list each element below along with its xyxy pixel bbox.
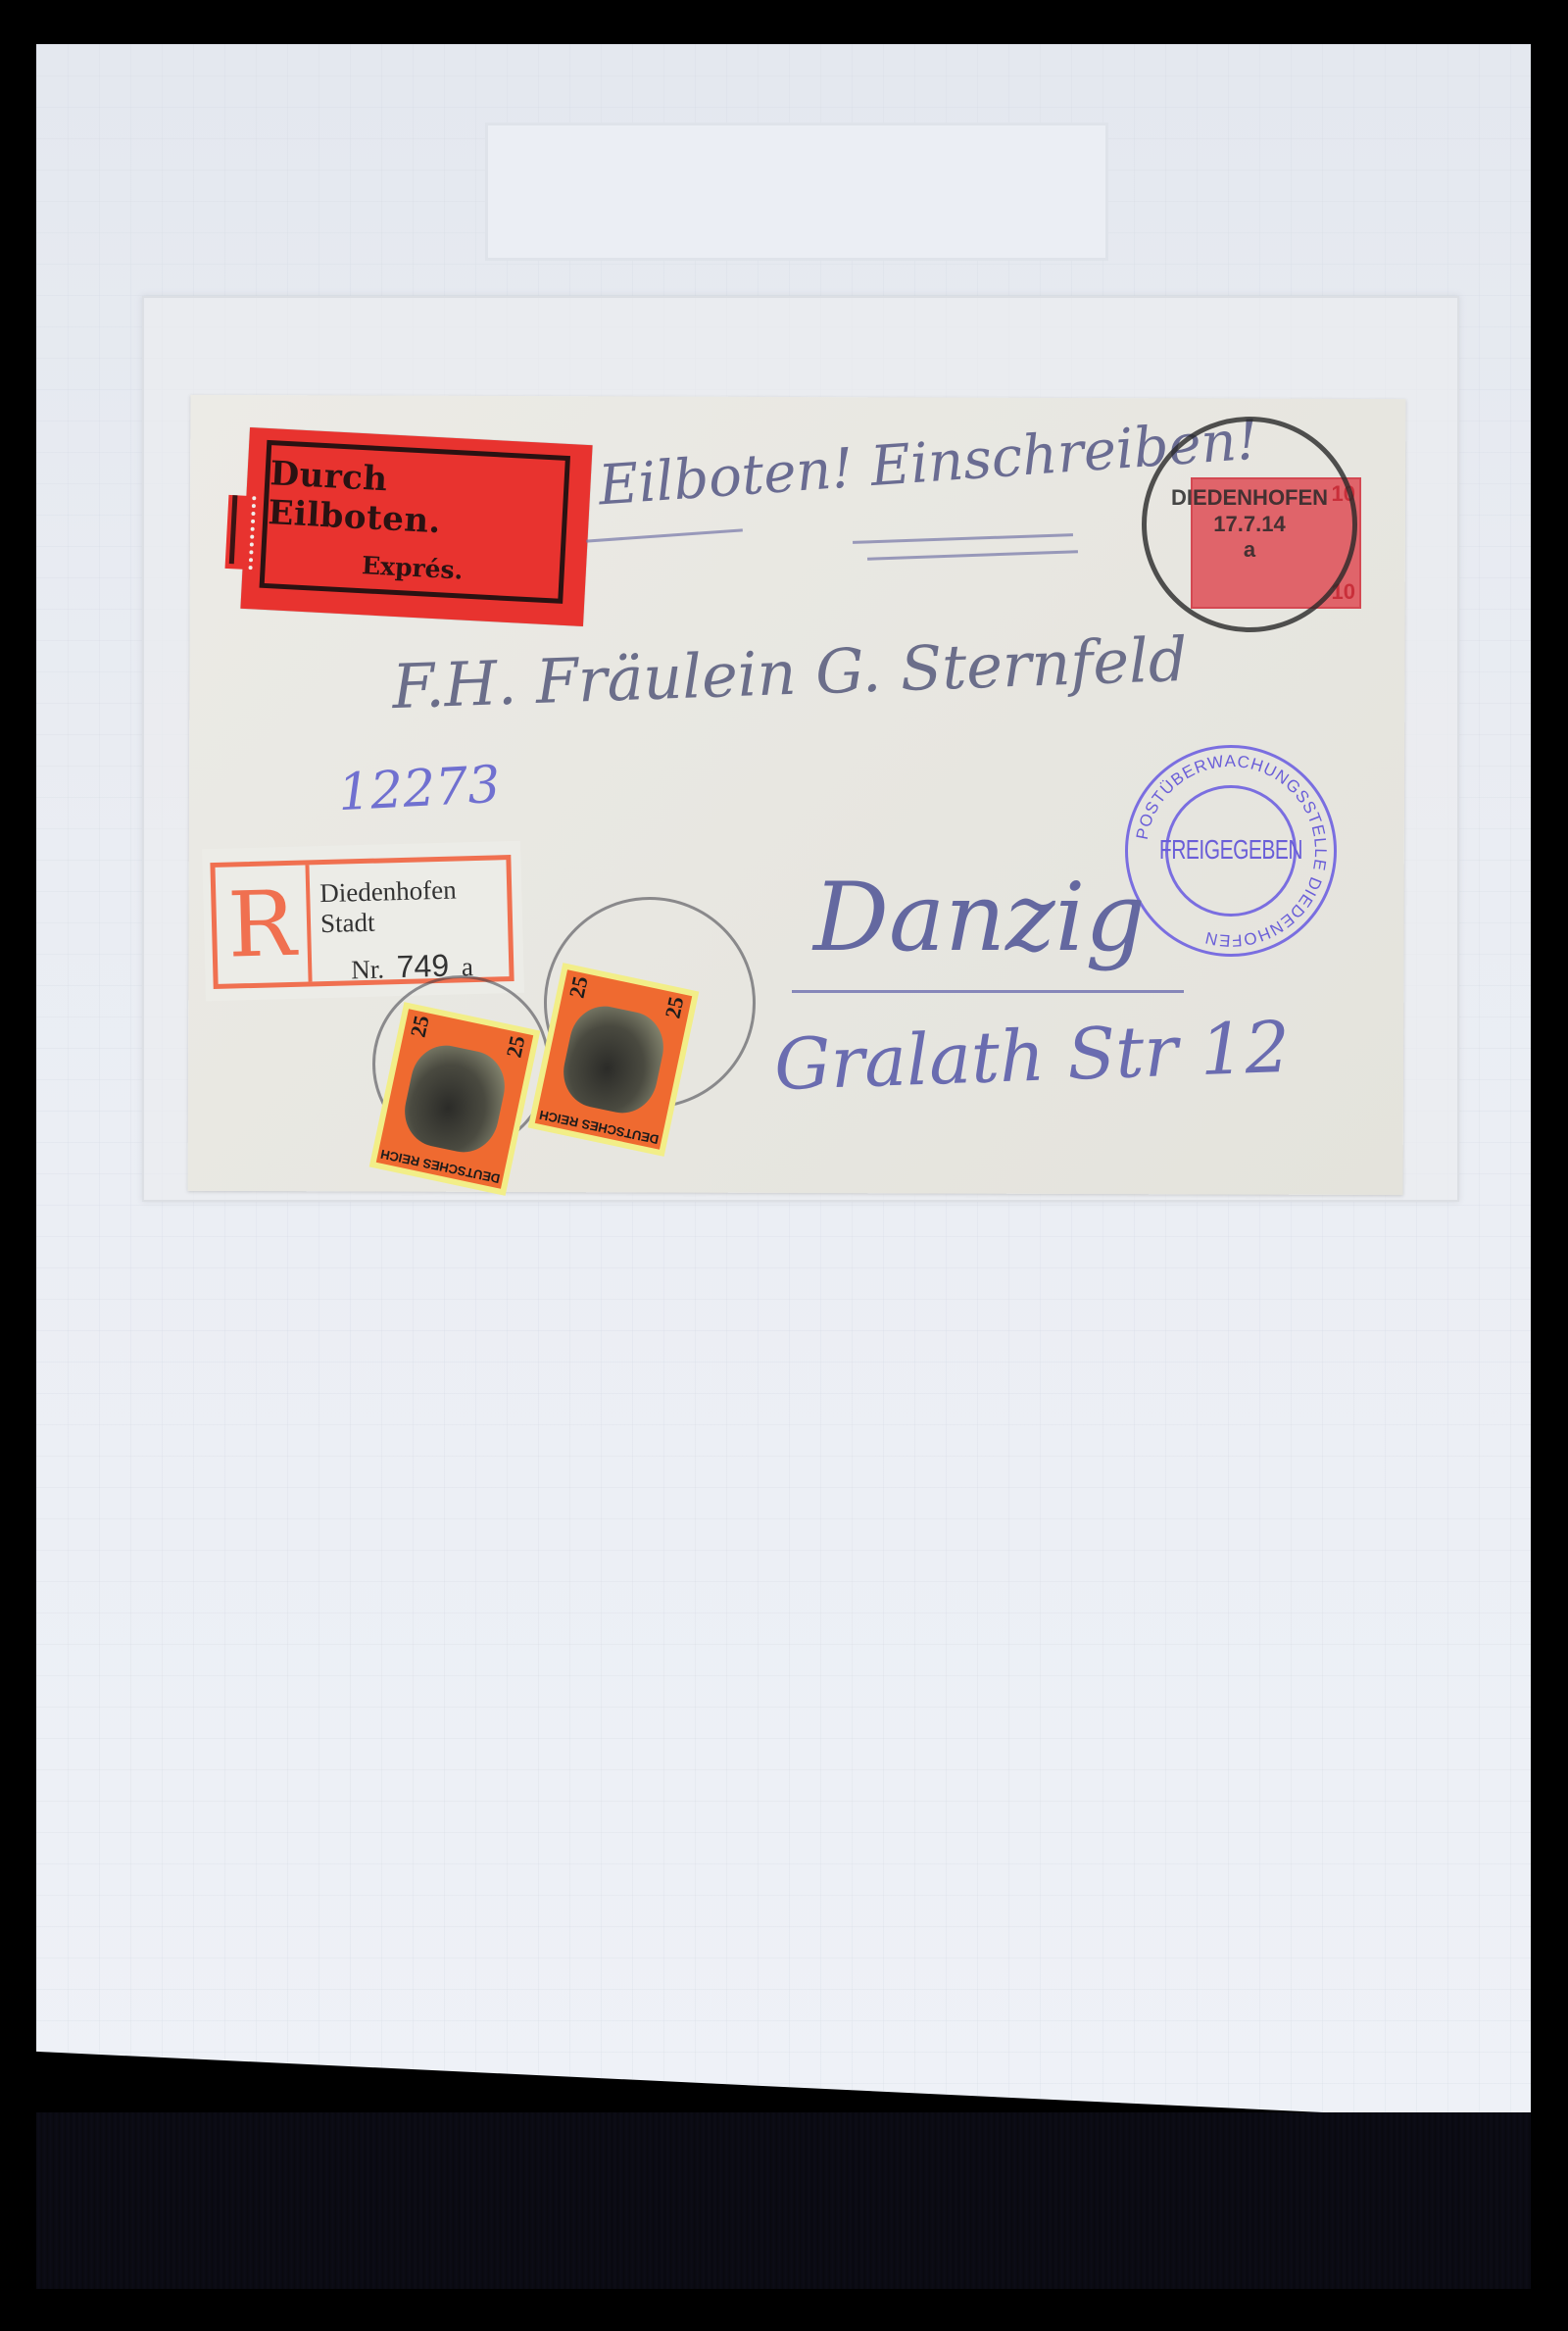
handwritten-city: Danzig (813, 863, 1146, 972)
postmark-date: 17.7.14 (1171, 512, 1328, 537)
registration-number-prefix: Nr. (351, 954, 385, 984)
stamp-value: 25 (660, 994, 689, 1020)
registration-office: Diedenhofen Stadt (319, 873, 509, 939)
express-label-stub (225, 495, 257, 570)
city-underline (792, 990, 1184, 993)
stamp-value: 25 (501, 1033, 530, 1060)
express-label-frame: Durch Eilboten. Exprés. (260, 440, 570, 604)
postmark-diedenhofen: DIEDENHOFEN 17.7.14 a (1142, 417, 1357, 632)
postmark-suffix: a (1171, 537, 1328, 563)
censor-center-text: FREIGEGEBEN (1159, 835, 1302, 866)
express-label-subtitle: Exprés. (361, 551, 464, 584)
express-delivery-label: Durch Eilboten. Exprés. (240, 427, 592, 626)
express-label-title: Durch Eilboten. (268, 454, 565, 548)
germania-portrait (557, 1000, 670, 1119)
dark-background-surface (36, 2112, 1531, 2289)
album-header-box (485, 123, 1108, 261)
germania-portrait (398, 1039, 512, 1159)
censor-stamp: POSTÜBERWACHUNGSSTELLE DIEDENHOFEN FREIG… (1125, 745, 1337, 957)
stamp-value: 25 (406, 1014, 435, 1040)
registration-letter: R (216, 865, 313, 983)
stamp-value: 25 (564, 974, 594, 1001)
handwritten-reference-number: 12273 (337, 756, 502, 823)
postmark-town: DIEDENHOFEN (1171, 485, 1328, 511)
